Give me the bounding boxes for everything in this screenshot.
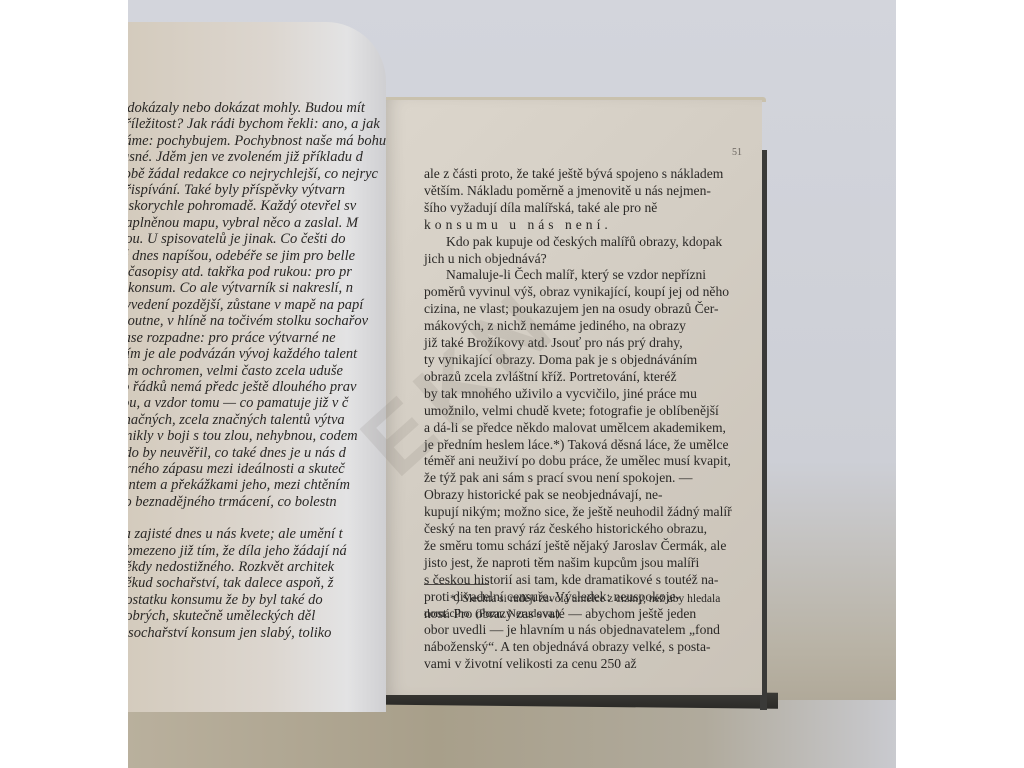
text-line: co beznadějného trmácení, co bolestn: [128, 494, 388, 510]
text-line: umožnilo, velmi chudě kvete; fotografie …: [424, 403, 752, 420]
text-line: obor uvedli — je hlavním u nás objednava…: [424, 622, 752, 639]
text-line: poměrů vyvinul výš, obraz vynikající, ko…: [424, 284, 752, 301]
text-line: nou. U spisovatelů je jinak. Co češti do: [128, 231, 388, 247]
text-line: e konsum. Co ale výtvarník si nakreslí, …: [128, 280, 388, 296]
text-line: s českou historií asi tam, kde dramatiko…: [424, 572, 752, 589]
footnote-divider: [424, 584, 489, 585]
text-line: ším ochromen, velmi často zcela uduše: [128, 363, 388, 379]
text-line: někud sochařství, tak dalece aspoň, ž: [128, 575, 388, 591]
text-line: vami v životní velikosti za cenu 250 až: [424, 656, 752, 673]
text-line: sobě žádal redakce co nejrychlejší, co n…: [128, 166, 388, 182]
left-page-text: s dokázaly nebo dokázat mohly. Budou mít…: [128, 100, 388, 641]
footnote-line: domácího. (Pozn. Nerudova.): [424, 608, 560, 620]
text-line: Obrazy historické pak se neobjednávají, …: [424, 487, 752, 504]
text-line: náboženský“. A ten objednává obrazy velk…: [424, 639, 752, 656]
text-line: konsumu u nás není.: [424, 217, 752, 234]
text-line: mákových, z nichž nemáme jediného, na ob…: [424, 318, 752, 335]
text-line: ty vynikající obrazy. Doma pak je s obje…: [424, 352, 752, 369]
text-line: větším. Nákladu poměrně a jmenovitě u ná…: [424, 183, 752, 200]
text-line: někdy nedostižného. Rozkvět architek: [128, 559, 388, 575]
text-line: obrazů zcela zvláštní kříž. Portretování…: [424, 369, 752, 386]
text-line: tou, a vzdor tomu — co pamatuje již v č: [128, 395, 388, 411]
book-photo: s dokázaly nebo dokázat mohly. Budou mít…: [128, 0, 896, 768]
text-line: dostatku konsumu že by byl také do: [128, 592, 388, 608]
text-line: a dá-li se předce někdo malovat umělcem …: [424, 420, 752, 437]
text-line: cizina, ne vlast; poukazujem jen na osud…: [424, 301, 752, 318]
text-line: značných, zcela značných talentů výtva: [128, 412, 388, 428]
text-line: orného zápasu mezi ideálnosti a skuteč: [128, 461, 388, 477]
text-line: žloutne, v hlíně na točivém stolku socha…: [128, 313, 388, 329]
text-line: šího vyžadují díla malířská, také ale pr…: [424, 200, 752, 217]
text-line: e časopisy atd. takřka pod rukou: pro pr: [128, 264, 388, 280]
text-line: již také Brožíkovy atd. Jsouť pro nás pr…: [424, 335, 752, 352]
text-line: leskorychle pohromadě. Každý otevřel sv: [128, 198, 388, 214]
text-line: vyvedení pozdější, zůstane v mapě na pap…: [128, 297, 388, 313]
text-line: lé dnes napíšou, odebéře se jim pro bell…: [128, 248, 388, 264]
text-line: ale z části proto, že také ještě bývá sp…: [424, 166, 752, 183]
text-line: že týž pak ani sám s prací svou není spo…: [424, 470, 752, 487]
text-line: naplněnou mapu, vybral něco a zaslal. M: [128, 215, 388, 231]
text-line: Tím je ale podvázán vývoj každého talent: [128, 346, 388, 362]
text-line: dobrých, skutečně uměleckých děl: [128, 608, 388, 624]
text-line: přispívání. Také byly příspěvky výtvarn: [128, 182, 388, 198]
text-line: é sochařství konsum jen slabý, toliko: [128, 625, 388, 641]
text-line: anikly v boji s tou zlou, nehybnou, code…: [128, 428, 388, 444]
text-line: kupují nikým; možno sice, že ještě neuho…: [424, 504, 752, 521]
paragraph-gap: [128, 510, 388, 526]
footnote-line: *) Šlechta si raději zavolá umělce z ciz…: [424, 592, 754, 607]
text-line: to řádků nemá předc ještě dlouhého prav: [128, 379, 388, 395]
text-line: by tak mnohého uživilo a vycvičilo, jiné…: [424, 386, 752, 403]
text-line: zase rozpadne: pro práce výtvarné ne: [128, 330, 388, 346]
page-number: 51: [732, 147, 742, 158]
text-line: obmezeno již tím, že díla jeho žádají ná: [128, 543, 388, 559]
text-line: český na ten pravý ráz českého historick…: [424, 521, 752, 538]
text-line: příležitost? Jak rádi bychom řekli: ano,…: [128, 116, 388, 132]
text-line: Kdo pak kupuje od českých malířů obrazy,…: [424, 234, 752, 251]
text-line: je předním heslem láce.*) Taková děsná l…: [424, 437, 752, 454]
footnote: *) Šlechta si raději zavolá umělce z ciz…: [424, 592, 754, 622]
text-line: ra zajisté dnes u nás kvete; ale umění t: [128, 526, 388, 542]
text-line: Namaluje-li Čech malíř, který se vzdor n…: [424, 267, 752, 284]
text-line: kdo by neuvěřil, co také dnes je u nás d: [128, 445, 388, 461]
text-line: jasné. Jděm jen ve zvoleném již příkladu…: [128, 149, 388, 165]
text-line: s dokázaly nebo dokázat mohly. Budou mít: [128, 100, 388, 116]
text-line: jisto jest, že naproti těm našim kupcům …: [424, 555, 752, 572]
text-line: že směru tomu schází ještě nějaký Jarosl…: [424, 538, 752, 555]
text-line: téměř ani neuživí po dobu práce, že uměl…: [424, 453, 752, 470]
text-line: jich u nich objednává?: [424, 251, 752, 268]
text-line: káme: pochybujem. Pochybnost naše má boh…: [128, 133, 388, 149]
text-line: lentem a překážkami jeho, mezi chtěním: [128, 477, 388, 493]
